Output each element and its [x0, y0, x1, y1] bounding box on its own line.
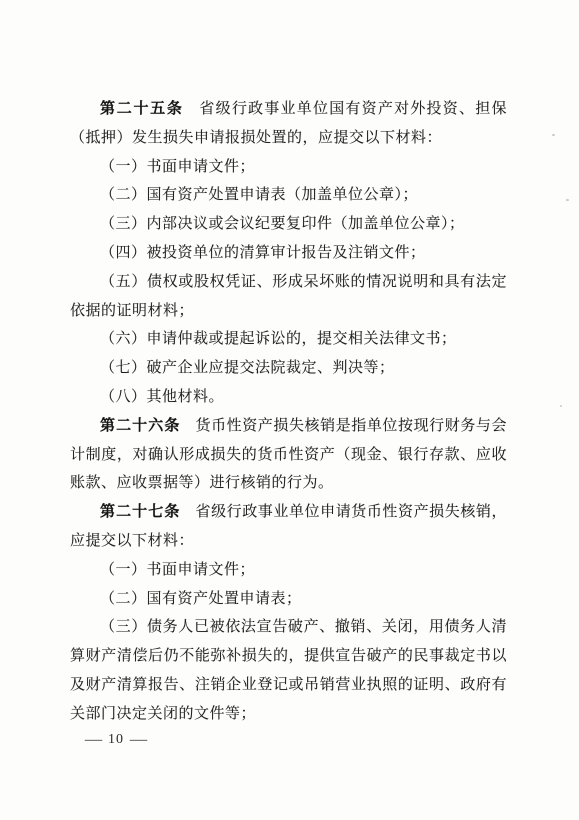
document-body: 第二十五条省级行政事业单位国有资产对外投资、担保 （抵押）发生损失申请报损处置的… [70, 95, 507, 729]
scanned-document-page: 第二十五条省级行政事业单位国有资产对外投资、担保 （抵押）发生损失申请报损处置的… [0, 0, 579, 820]
page-number: 10 [108, 732, 124, 748]
article-27-number: 第二十七条 [100, 503, 180, 520]
article-26-continuation-line-2: 账款、应收票据等）进行核销的行为。 [70, 469, 507, 498]
article-27-opening-line: 第二十七条省级行政事业单位申请货币性资产损失核销， [70, 498, 507, 527]
article-25-number: 第二十五条 [100, 100, 184, 117]
article-27-item-3-line-3: 及财产清算报告、注销企业登记或吊销营业执照的证明、政府有 [70, 671, 507, 700]
article-25-item-1: （一）书面申请文件； [70, 153, 507, 182]
scan-speck [560, 405, 562, 407]
article-27-item-3-line-2: 算财产清偿后仍不能弥补损失的，提供宣告破产的民事裁定书以 [70, 642, 507, 671]
article-26-opening-line: 第二十六条货币性资产损失核销是指单位按现行财务与会 [70, 412, 507, 441]
article-25-opening-line: 第二十五条省级行政事业单位国有资产对外投资、担保 [70, 95, 507, 124]
article-25-item-8: （八）其他材料。 [70, 383, 507, 412]
scan-speck [552, 134, 555, 136]
article-26-number: 第二十六条 [100, 417, 180, 434]
article-27-item-1: （一）书面申请文件； [70, 556, 507, 585]
scan-speck [566, 199, 569, 201]
article-25-item-2: （二）国有资产处置申请表（加盖单位公章）； [70, 181, 507, 210]
article-25-item-5-line-2: 依据的证明材料； [70, 297, 507, 326]
article-25-item-7: （七）破产企业应提交法院裁定、判决等； [70, 354, 507, 383]
article-27-opening-text: 省级行政事业单位申请货币性资产损失核销， [195, 504, 507, 520]
article-25-item-3: （三）内部决议或会议纪要复印件（加盖单位公章）； [70, 210, 507, 239]
article-27-item-2: （二）国有资产处置申请表； [70, 585, 507, 614]
footer-right-dash: — [130, 732, 147, 749]
footer-left-dash: — [85, 732, 102, 749]
page-number-footer: — 10 — [86, 726, 146, 754]
article-26-continuation-line-1: 计制度，对确认形成损失的货币性资产（现金、银行存款、应收 [70, 441, 507, 470]
article-27-item-3-line-4: 关部门决定关闭的文件等； [70, 700, 507, 729]
article-25-continuation-line: （抵押）发生损失申请报损处置的，应提交以下材料： [70, 124, 507, 153]
article-25-item-6: （六）申请仲裁或提起诉讼的，提交相关法律文书； [70, 325, 507, 354]
article-27-item-3-line-1: （三）债务人已被依法宣告破产、撤销、关闭，用债务人清 [70, 613, 507, 642]
article-25-opening-text: 省级行政事业单位国有资产对外投资、担保 [199, 101, 507, 117]
article-27-continuation-line: 应提交以下材料： [70, 527, 507, 556]
article-25-item-5-line-1: （五）债权或股权凭证、形成呆坏账的情况说明和具有法定 [70, 268, 507, 297]
article-25-item-4: （四）被投资单位的清算审计报告及注销文件； [70, 239, 507, 268]
article-26-opening-text: 货币性资产损失核销是指单位按现行财务与会 [195, 418, 507, 434]
